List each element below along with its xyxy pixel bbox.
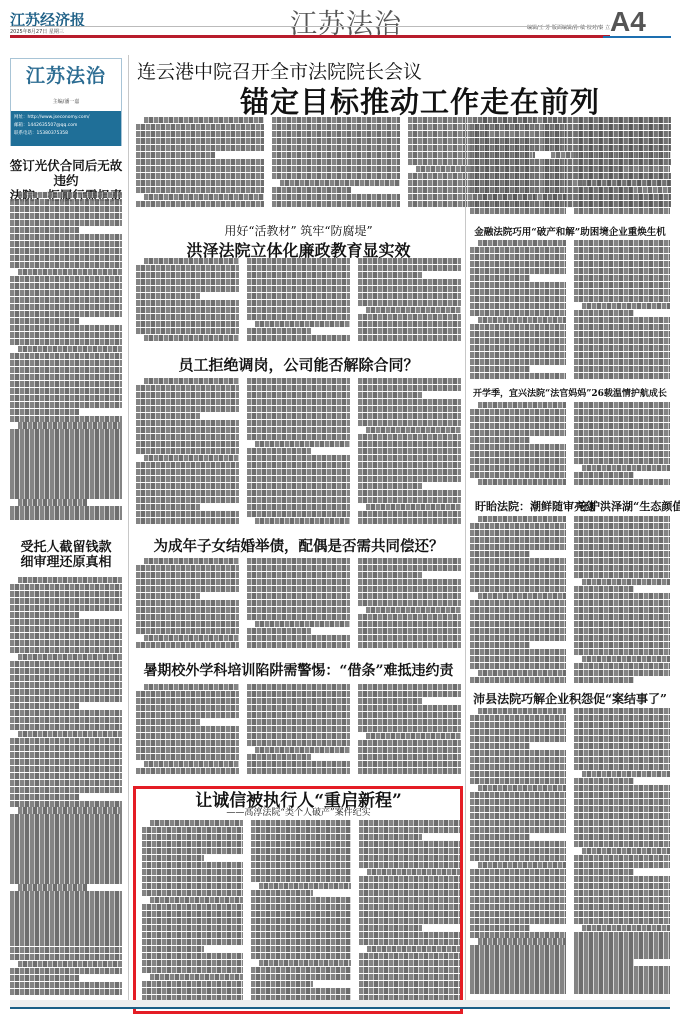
text-line [251, 974, 352, 980]
text-line [574, 973, 670, 979]
text-line [247, 434, 350, 440]
text-line [358, 399, 461, 405]
text-line [10, 849, 122, 855]
text-line [144, 378, 239, 384]
text-line [247, 740, 350, 746]
text-line [574, 558, 670, 564]
text-line [142, 827, 243, 833]
text-line [470, 621, 566, 627]
text-line [574, 338, 670, 344]
text-line [359, 932, 460, 938]
text-line [10, 485, 122, 491]
text-line [574, 359, 670, 365]
text-line [136, 159, 264, 165]
text-line [574, 275, 670, 281]
column-divider [465, 117, 466, 1002]
text-line [247, 279, 350, 285]
text-line [574, 792, 670, 798]
text-column [358, 258, 461, 346]
text-line [136, 712, 239, 718]
text-column [358, 378, 461, 528]
text-line [247, 705, 350, 711]
text-line [142, 841, 243, 847]
text-line [136, 754, 239, 760]
text-line [10, 591, 122, 597]
text-line [10, 353, 122, 359]
text-line [358, 747, 461, 753]
text-line [470, 656, 566, 662]
text-line [574, 841, 670, 847]
text-line [136, 300, 239, 306]
text-line [251, 932, 352, 938]
text-line [478, 516, 566, 522]
text-line [136, 272, 239, 278]
text-line [470, 530, 566, 536]
text-line [574, 437, 670, 443]
text-line [574, 670, 670, 676]
text-line [574, 750, 670, 756]
article-body [10, 192, 122, 527]
text-line [136, 642, 239, 648]
text-line [10, 675, 122, 681]
text-line [136, 385, 239, 391]
text-line [247, 307, 350, 313]
text-line [574, 523, 670, 529]
text-line [574, 904, 670, 910]
text-line [478, 402, 566, 408]
article-body [470, 708, 670, 998]
text-line [574, 324, 670, 330]
website-link[interactable]: 网址：http://www.jseconomy.com/ [14, 114, 118, 122]
text-line [247, 427, 350, 433]
text-line [259, 883, 352, 889]
masthead-red-rule [10, 35, 610, 38]
text-line [10, 856, 122, 862]
text-line [247, 448, 311, 454]
article-body [136, 558, 461, 654]
text-line [358, 740, 461, 746]
text-line [10, 311, 122, 317]
text-line [10, 325, 122, 331]
text-line [574, 247, 670, 253]
headline-line: 细审理还原真相 [8, 555, 124, 570]
text-line [247, 642, 350, 648]
text-line [574, 430, 670, 436]
text-line [358, 572, 422, 578]
text-line [470, 444, 566, 450]
text-line [470, 523, 566, 529]
text-line [574, 479, 670, 485]
text-line [574, 201, 670, 207]
text-column [358, 558, 461, 654]
text-line [10, 584, 122, 590]
footer-rule [10, 1007, 670, 1009]
text-line [136, 726, 239, 732]
text-line [358, 768, 461, 774]
text-line [247, 378, 350, 384]
text-line [358, 448, 461, 454]
text-line [574, 537, 670, 543]
masthead-rule [10, 26, 600, 27]
text-line [136, 420, 239, 426]
text-column [247, 558, 350, 654]
text-line [574, 722, 670, 728]
text-line [18, 192, 122, 198]
text-line [247, 413, 350, 419]
text-line [359, 918, 460, 924]
text-line [10, 905, 122, 911]
text-column [574, 402, 670, 492]
article-kicker[interactable]: 用好“活教材” 筑牢“防腐堤” [136, 222, 461, 239]
text-line [10, 968, 122, 974]
text-line [358, 300, 461, 306]
text-line [470, 296, 566, 302]
text-line [359, 890, 460, 896]
text-line [142, 988, 243, 994]
text-line [367, 946, 460, 952]
text-line [582, 925, 670, 931]
text-line [247, 272, 350, 278]
text-line [136, 124, 264, 130]
text-line [10, 696, 122, 702]
text-line [359, 827, 460, 833]
text-line [136, 279, 239, 285]
text-line [358, 761, 461, 767]
text-line [136, 691, 239, 697]
text-line [574, 194, 670, 200]
text-line [359, 953, 460, 959]
text-line [136, 321, 239, 327]
text-line [358, 265, 461, 271]
text-line [470, 268, 566, 274]
text-line [359, 904, 460, 910]
text-line [359, 820, 460, 826]
text-column [574, 240, 670, 380]
text-line [10, 598, 122, 604]
text-line [470, 131, 566, 137]
text-line [142, 904, 243, 910]
text-line [142, 925, 243, 931]
text-line [574, 402, 670, 408]
text-line [10, 339, 122, 345]
text-line [358, 293, 461, 299]
text-line [366, 607, 461, 613]
text-column [272, 117, 400, 213]
newspaper-page: 江苏经济报 2025年8月27日 星期三 江苏法治 编辑/王 芳 版面编辑/孙 … [0, 0, 680, 1018]
text-line [10, 402, 122, 408]
text-line [272, 159, 400, 165]
text-line [136, 768, 239, 774]
text-line [358, 476, 461, 482]
feature-subtitle: ——高淳法院“类个人破产”案件纪实 [136, 805, 461, 818]
text-line [10, 780, 122, 786]
text-line [358, 483, 422, 489]
text-line [574, 663, 670, 669]
text-line [574, 911, 670, 917]
text-line [10, 513, 122, 519]
text-line [144, 761, 239, 767]
text-line [470, 820, 566, 826]
text-column [10, 192, 122, 527]
masthead-blue-rule [603, 36, 671, 38]
text-line [136, 483, 239, 489]
text-line [470, 897, 566, 903]
text-line [358, 497, 461, 503]
text-line [359, 981, 460, 987]
text-line [10, 612, 79, 618]
text-line [10, 877, 122, 883]
text-line [10, 478, 122, 484]
text-line [136, 698, 239, 704]
text-line [10, 661, 122, 667]
text-line [10, 360, 122, 366]
text-line [247, 754, 311, 760]
text-line [247, 483, 350, 489]
text-line [470, 883, 566, 889]
text-line [358, 628, 461, 634]
text-column [136, 684, 239, 780]
text-line [10, 290, 122, 296]
text-line [136, 293, 200, 299]
text-line [247, 265, 350, 271]
article-headline[interactable]: 受托人截留钱款 细审理还原真相 [8, 540, 124, 570]
text-line [358, 518, 461, 524]
text-line [272, 138, 400, 144]
text-line [470, 565, 566, 571]
text-line [574, 586, 634, 592]
text-line [10, 821, 122, 827]
text-line [358, 378, 461, 384]
text-line [136, 286, 239, 292]
text-line [478, 117, 566, 123]
text-line [359, 967, 460, 973]
text-line [144, 117, 264, 123]
text-line [574, 240, 670, 246]
text-line [18, 731, 122, 737]
text-line [10, 668, 122, 674]
text-line [10, 940, 122, 946]
text-line [478, 479, 566, 485]
text-line [470, 799, 566, 805]
text-line [10, 409, 79, 415]
text-line [574, 628, 670, 634]
text-line [574, 187, 634, 193]
text-line [574, 131, 670, 137]
text-column [247, 684, 350, 780]
text-line [574, 254, 670, 260]
text-line [247, 392, 350, 398]
text-line [142, 848, 243, 854]
text-line [574, 373, 670, 379]
text-line [470, 980, 566, 986]
text-line [574, 572, 670, 578]
text-line [247, 286, 350, 292]
text-line [247, 628, 311, 634]
text-line [366, 733, 461, 739]
text-line [358, 586, 461, 592]
text-line [142, 939, 243, 945]
text-line [574, 544, 670, 550]
text-line [247, 335, 350, 341]
text-line [359, 883, 460, 889]
text-line [470, 138, 566, 144]
text-line [18, 422, 122, 428]
text-line [10, 947, 122, 953]
text-line [251, 925, 352, 931]
text-line [470, 932, 566, 938]
text-line [10, 724, 122, 730]
text-line [574, 600, 670, 606]
article-body [470, 117, 670, 217]
text-line [574, 806, 670, 812]
text-column [142, 820, 243, 1010]
text-line [136, 747, 239, 753]
text-line [10, 689, 122, 695]
text-line [10, 605, 122, 611]
text-line [358, 579, 461, 585]
text-line [10, 381, 122, 387]
text-line [470, 729, 566, 735]
text-line [470, 848, 566, 854]
text-line [251, 841, 352, 847]
text-line [255, 621, 350, 627]
text-line [582, 771, 670, 777]
text-line [10, 255, 122, 261]
text-line [136, 614, 239, 620]
text-line [470, 537, 566, 543]
text-line [574, 593, 670, 599]
text-line [247, 455, 350, 461]
text-line [470, 855, 566, 861]
text-line [251, 855, 352, 861]
article-headline[interactable]: 员工拒绝调岗，公司能否解除合同？ [136, 354, 461, 375]
text-line [255, 441, 350, 447]
text-line [470, 959, 566, 965]
text-line [18, 884, 87, 890]
text-line [359, 974, 460, 980]
text-line [470, 423, 566, 429]
text-line [574, 117, 670, 123]
text-line [358, 558, 461, 564]
text-line [10, 241, 122, 247]
text-line [272, 173, 400, 179]
text-line [358, 642, 461, 648]
text-line [358, 593, 461, 599]
text-line [136, 427, 239, 433]
text-line [470, 201, 566, 207]
text-line [470, 275, 530, 281]
text-line [136, 490, 239, 496]
headline-line: 签订光伏合同后无故违约 [8, 158, 124, 188]
text-line [10, 276, 122, 282]
text-line [470, 813, 566, 819]
text-line [136, 621, 239, 627]
text-line [150, 974, 243, 980]
text-line [247, 462, 350, 468]
text-line [574, 677, 634, 683]
text-line [136, 719, 200, 725]
text-line [574, 409, 670, 415]
text-line [10, 870, 122, 876]
text-line [470, 945, 566, 951]
article-headline[interactable]: 守护洪泽湖“生态颜值” [578, 498, 680, 514]
text-line [574, 785, 670, 791]
text-column [136, 558, 239, 654]
article-headline[interactable]: 为成年子女结婚举债，配偶是否需共同偿还？ [136, 535, 461, 556]
text-line [10, 752, 122, 758]
text-line [478, 708, 566, 714]
text-line [10, 710, 122, 716]
text-line [470, 904, 566, 910]
text-line [366, 504, 461, 510]
text-line [142, 855, 204, 861]
text-line [574, 708, 670, 714]
article-body [136, 684, 461, 780]
lead-headline[interactable]: 锚定目标推动工作走在前列 [240, 80, 600, 121]
text-line [367, 869, 460, 875]
text-line [10, 794, 79, 800]
text-line [272, 201, 400, 207]
text-line [574, 138, 670, 144]
text-line [136, 511, 239, 517]
text-line [470, 345, 566, 351]
text-column [574, 516, 670, 684]
article-headline[interactable]: 金融法院巧用“破产和解”助困境企业重焕生机 [470, 224, 670, 238]
article-body [136, 258, 461, 346]
text-column [574, 117, 670, 217]
text-line [10, 912, 122, 918]
text-line [18, 499, 87, 505]
article-headline[interactable]: 暑期校外学科培训陷阱需警惕：“借条”难抵违约责 [136, 660, 461, 680]
text-line [142, 869, 243, 875]
article-headline[interactable]: 开学季，宜兴法院“法官妈妈”26载温情护航成长 [470, 386, 670, 399]
text-line [136, 733, 239, 739]
text-line [10, 443, 122, 449]
text-line [574, 952, 670, 958]
text-line [574, 980, 670, 986]
text-line [574, 834, 670, 840]
text-column [359, 820, 460, 1010]
text-line [358, 321, 461, 327]
text-line [582, 180, 670, 186]
text-line [10, 842, 122, 848]
text-line [272, 152, 400, 158]
email-link[interactable]: 邮箱：1442635507@qq.com [14, 122, 118, 130]
text-line [10, 367, 122, 373]
text-column [251, 820, 352, 1010]
text-line [18, 807, 122, 813]
text-line [136, 399, 239, 405]
text-line [358, 385, 461, 391]
text-line [366, 307, 461, 313]
text-line [142, 862, 243, 868]
text-line [142, 967, 243, 973]
text-line [358, 754, 461, 760]
text-line [358, 392, 422, 398]
text-column [470, 516, 566, 684]
text-line [144, 558, 239, 564]
text-line [359, 925, 421, 931]
text-line [10, 633, 122, 639]
text-line [574, 516, 670, 522]
text-line [574, 607, 670, 613]
text-line [358, 511, 461, 517]
text-line [10, 450, 122, 456]
text-line [358, 406, 461, 412]
text-line [10, 919, 122, 925]
article-body [470, 402, 670, 492]
article-headline[interactable]: 沛县法院巧解企业积怨促“案结事了” [470, 690, 670, 707]
